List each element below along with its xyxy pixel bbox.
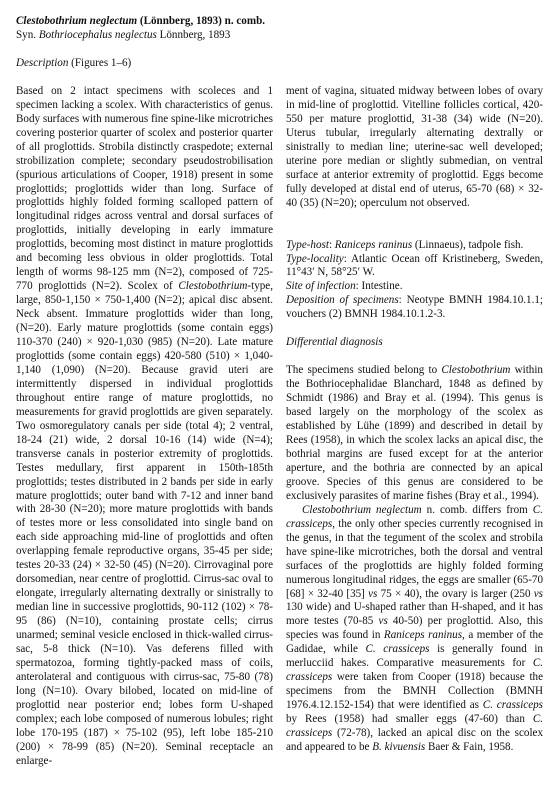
- deposition-label: Deposition of specimens: [286, 294, 399, 306]
- versus: vs: [379, 615, 388, 627]
- synonym-authority: Lönnberg, 1893: [157, 29, 230, 41]
- text: n. comb. differs from: [422, 504, 533, 516]
- description-heading: Description (Figures 1–6): [16, 57, 273, 71]
- description-text-part-2: -type, large, 850-1,150 × 750-1,400 (N=2…: [16, 280, 273, 766]
- species-name: C. crassiceps: [366, 643, 430, 655]
- description-label: Description: [16, 57, 68, 69]
- host-name: Raniceps raninus: [335, 239, 412, 251]
- host-common-name: (Linnaeus), tadpole fish.: [412, 239, 523, 251]
- text: by Rees (1958) had smaller eggs (47-60) …: [286, 713, 533, 725]
- site-of-infection-line: Site of infection: Intestine.: [286, 280, 543, 294]
- synonym-name: Bothriocephalus neglectus: [39, 29, 157, 41]
- differential-paragraph-1: The specimens studied belong to Clestobo…: [286, 364, 543, 504]
- species-name: Clestobothrium neglectum: [16, 15, 137, 27]
- versus: vs: [368, 588, 377, 600]
- synonym-prefix: Syn.: [16, 29, 39, 41]
- description-text-part-1: Based on 2 intact specimens with scolece…: [16, 85, 273, 292]
- right-column: ment of vagina, situated midway between …: [286, 0, 543, 755]
- differential-heading-text: Differential diagnosis: [286, 336, 383, 348]
- species-name: Clestobothrium neglectum: [302, 504, 422, 516]
- text: 75 × 40), the ovary is larger (250: [377, 588, 533, 600]
- description-continued: ment of vagina, situated midway between …: [286, 85, 543, 211]
- description-paragraph: Based on 2 intact specimens with scolece…: [16, 85, 273, 769]
- genus-name: Clestobothrium: [178, 280, 247, 292]
- figures-reference: (Figures 1–6): [68, 57, 131, 69]
- versus: vs: [534, 588, 543, 600]
- site-of-infection-value: : Intestine.: [356, 280, 403, 292]
- differential-diagnosis-heading: Differential diagnosis: [286, 336, 543, 350]
- left-column: Clestobothrium neglectum (Lönnberg, 1893…: [16, 0, 273, 769]
- type-locality-label: Type-locality: [286, 253, 344, 265]
- species-name: B. kivuensis: [372, 741, 425, 753]
- host-name: Raniceps raninus: [384, 629, 462, 641]
- synonym-line: Syn. Bothriocephalus neglectus Lönnberg,…: [16, 29, 273, 43]
- text: The specimens studied belong to: [286, 364, 441, 376]
- deposition-line: Deposition of specimens: Neotype BMNH 19…: [286, 294, 543, 322]
- genus-name: Clestobothrium: [441, 364, 510, 376]
- differential-paragraph-2: Clestobothrium neglectum n. comb. differ…: [286, 504, 543, 755]
- species-authority: (Lönnberg, 1893) n. comb.: [137, 15, 265, 27]
- text: Baer & Fain, 1958.: [425, 741, 513, 753]
- type-locality-line: Type-locality: Atlantic Ocean off Kristi…: [286, 253, 543, 281]
- text: within the Bothriocephalidae Blanchard, …: [286, 364, 543, 502]
- site-of-infection-label: Site of infection: [286, 280, 356, 292]
- species-title: Clestobothrium neglectum (Lönnberg, 1893…: [16, 15, 273, 29]
- species-name: C. crassiceps: [483, 699, 543, 711]
- specimen-metadata: Type-host: Raniceps raninus (Linnaeus), …: [286, 239, 543, 323]
- type-host-line: Type-host: Raniceps raninus (Linnaeus), …: [286, 239, 543, 253]
- type-host-label: Type-host: [286, 239, 329, 251]
